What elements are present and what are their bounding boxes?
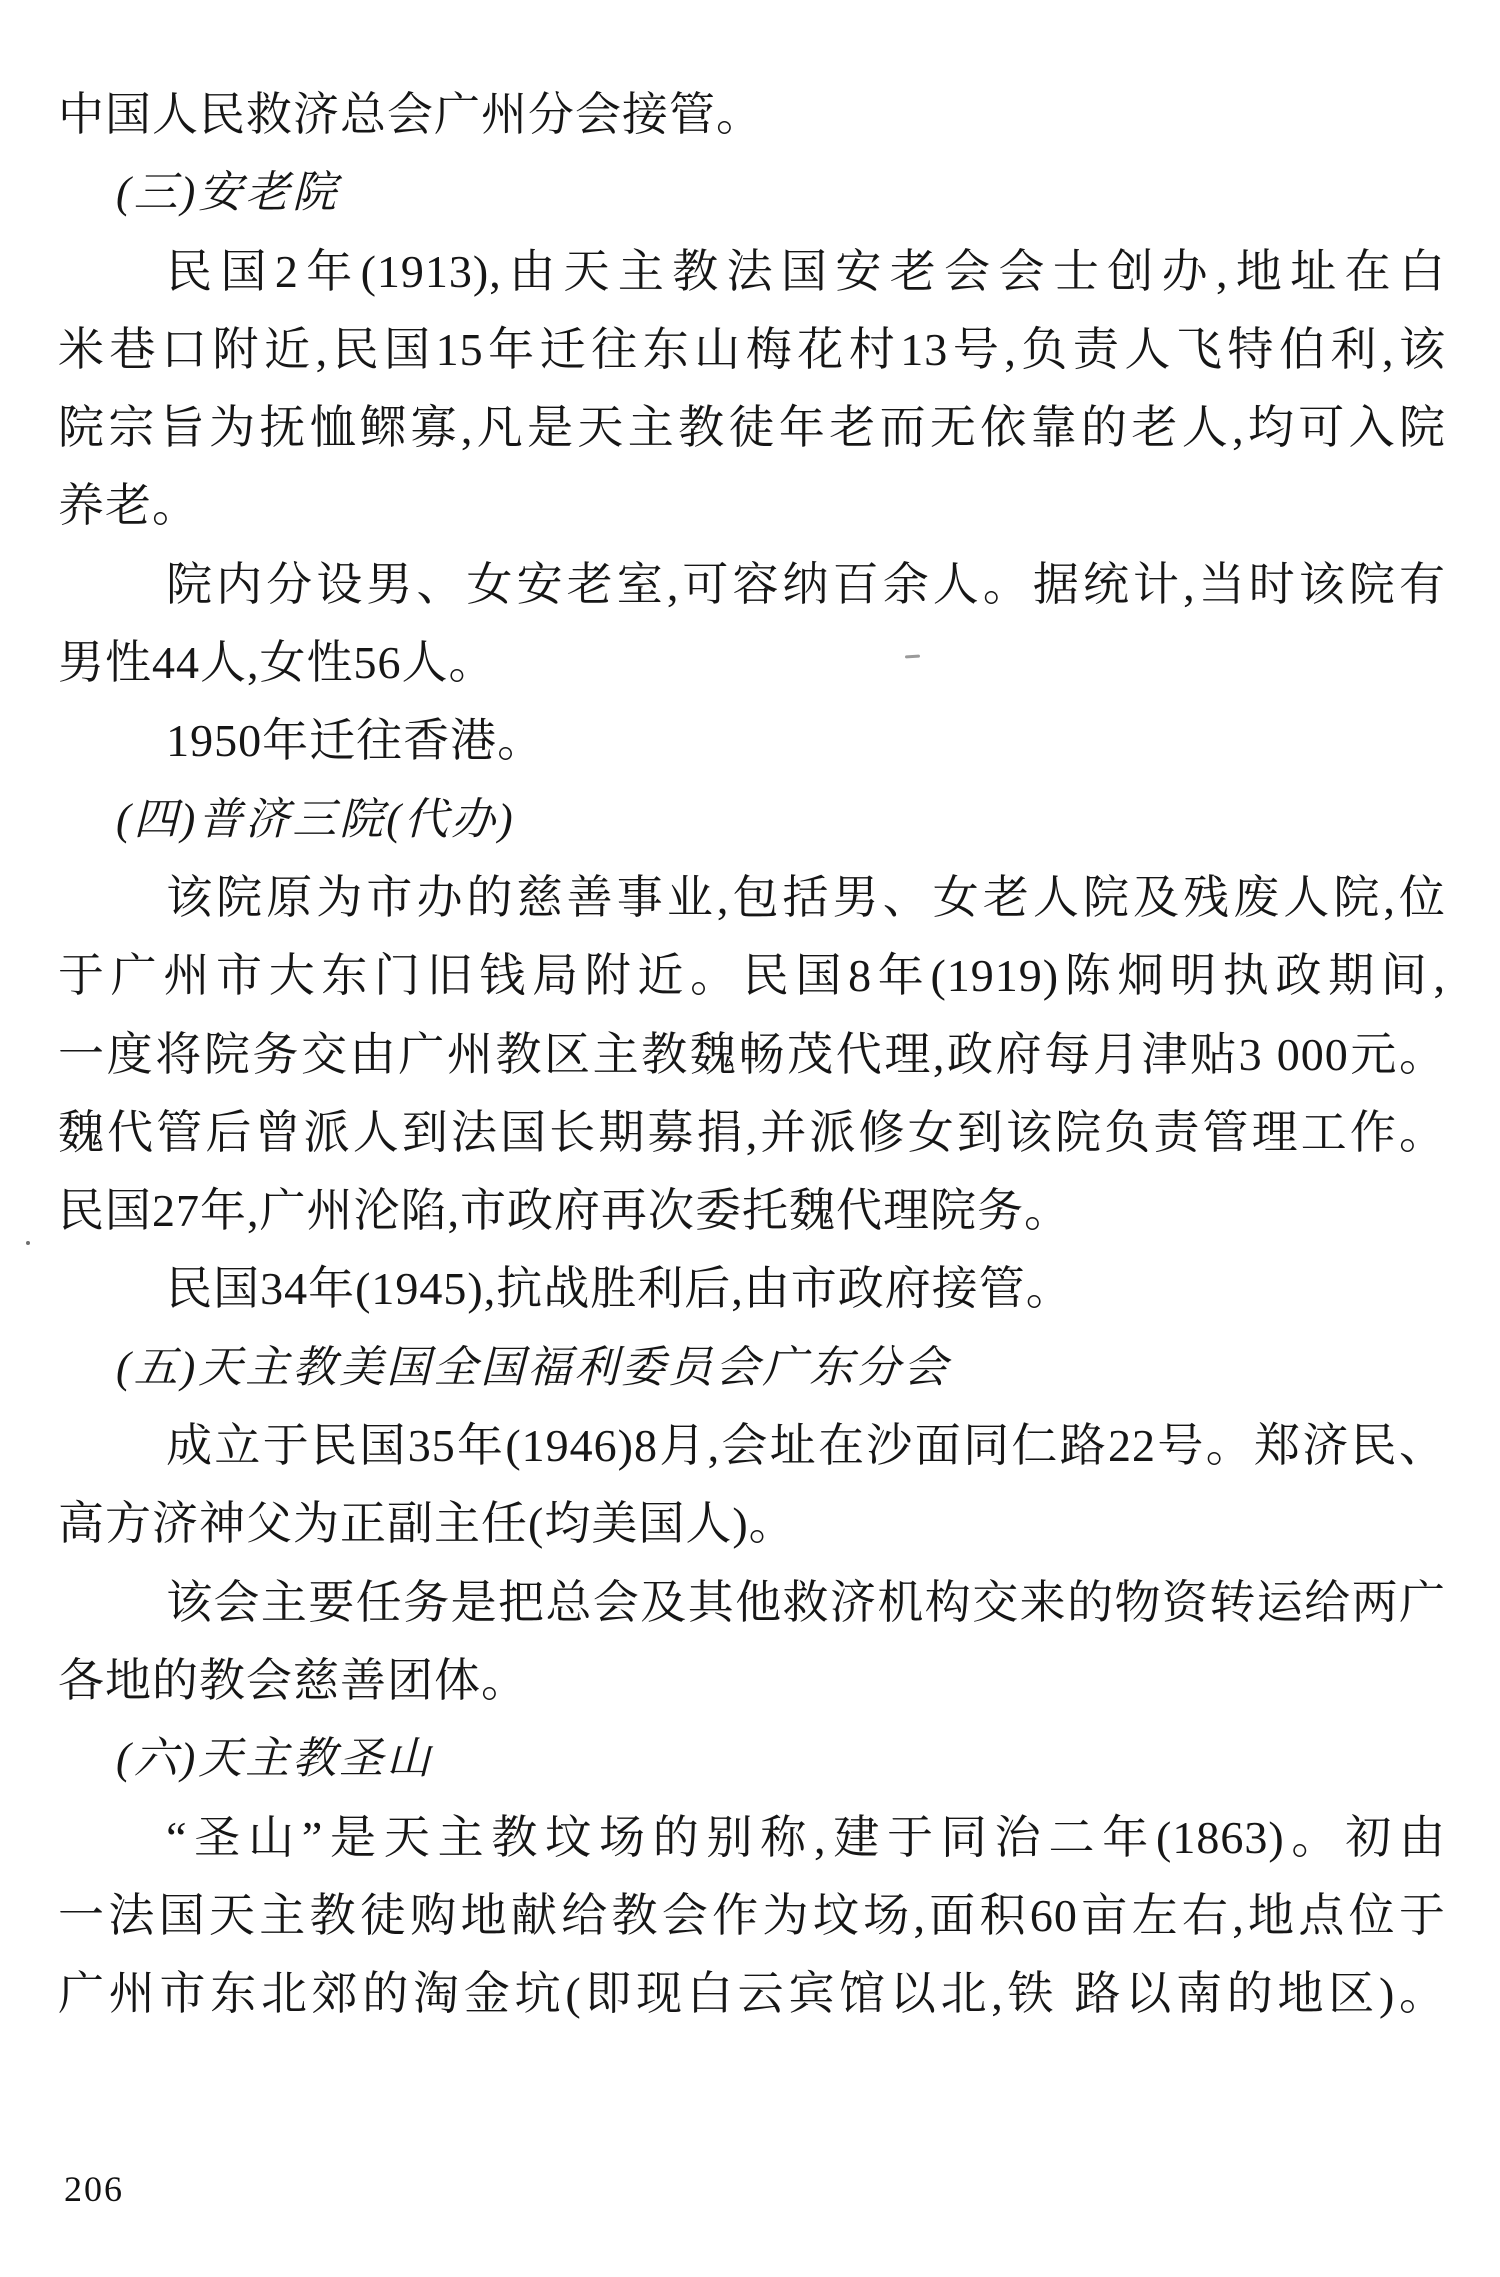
text-line: “圣山”是天主教坟场的别称,建于同治二年(1863)。初由: [58, 1799, 1446, 1877]
text-line: 米巷口附近,民国15年迁往东山梅花村13号,负责人飞特伯利,该: [58, 311, 1446, 389]
section-heading-6: (六)天主教圣山: [58, 1720, 1446, 1798]
section-heading-4: (四)普济三院(代办): [58, 781, 1446, 859]
text-line: 男性44人,女性56人。: [58, 624, 1446, 702]
document-page: 中国人民救济总会广州分会接管。 (三)安老院 民国2年(1913),由天主教法国…: [0, 0, 1500, 2277]
text-line: 民国27年,广州沦陷,市政府再次委托魏代理院务。: [58, 1172, 1446, 1250]
text-line: 高方济神父为正副主任(均美国人)。: [58, 1485, 1446, 1563]
text-line: 魏代管后曾派人到法国长期募捐,并派修女到该院负责管理工作。: [58, 1094, 1446, 1172]
text-line: 1950年迁往香港。: [58, 702, 1446, 780]
text-line: 养老。: [58, 467, 1446, 545]
text-line: 成立于民国35年(1946)8月,会址在沙面同仁路22号。郑济民、: [58, 1407, 1446, 1485]
text-line: 该会主要任务是把总会及其他救济机构交来的物资转运给两广: [58, 1564, 1446, 1642]
page-number: 206: [64, 2168, 124, 2210]
text-line: 广州市东北郊的淘金坑(即现白云宾馆以北,铁 路以南的地区)。: [58, 1955, 1446, 2033]
scan-speck: [26, 1241, 30, 1245]
section-heading-3: (三)安老院: [58, 154, 1446, 232]
text-line: 一度将院务交由广州教区主教魏畅茂代理,政府每月津贴3 000元。: [58, 1016, 1446, 1094]
text-line: 院宗旨为抚恤鳏寡,凡是天主教徒年老而无依靠的老人,均可入院: [58, 389, 1446, 467]
text-line: 民国34年(1945),抗战胜利后,由市政府接管。: [58, 1250, 1446, 1328]
text-line: 各地的教会慈善团体。: [58, 1642, 1446, 1720]
text-line: 中国人民救济总会广州分会接管。: [58, 76, 1446, 154]
text-column: 中国人民救济总会广州分会接管。 (三)安老院 民国2年(1913),由天主教法国…: [58, 76, 1446, 2033]
text-line: 院内分设男、女安老室,可容纳百余人。据统计,当时该院有: [58, 546, 1446, 624]
text-line: 该院原为市办的慈善事业,包括男、女老人院及残废人院,位: [58, 859, 1446, 937]
text-line: 于广州市大东门旧钱局附近。民国8年(1919)陈炯明执政期间,: [58, 937, 1446, 1015]
text-line: 民国2年(1913),由天主教法国安老会会士创办,地址在白: [58, 233, 1446, 311]
text-line: 一法国天主教徒购地献给教会作为坟场,面积60亩左右,地点位于: [58, 1877, 1446, 1955]
section-heading-5: (五)天主教美国全国福利委员会广东分会: [58, 1329, 1446, 1407]
